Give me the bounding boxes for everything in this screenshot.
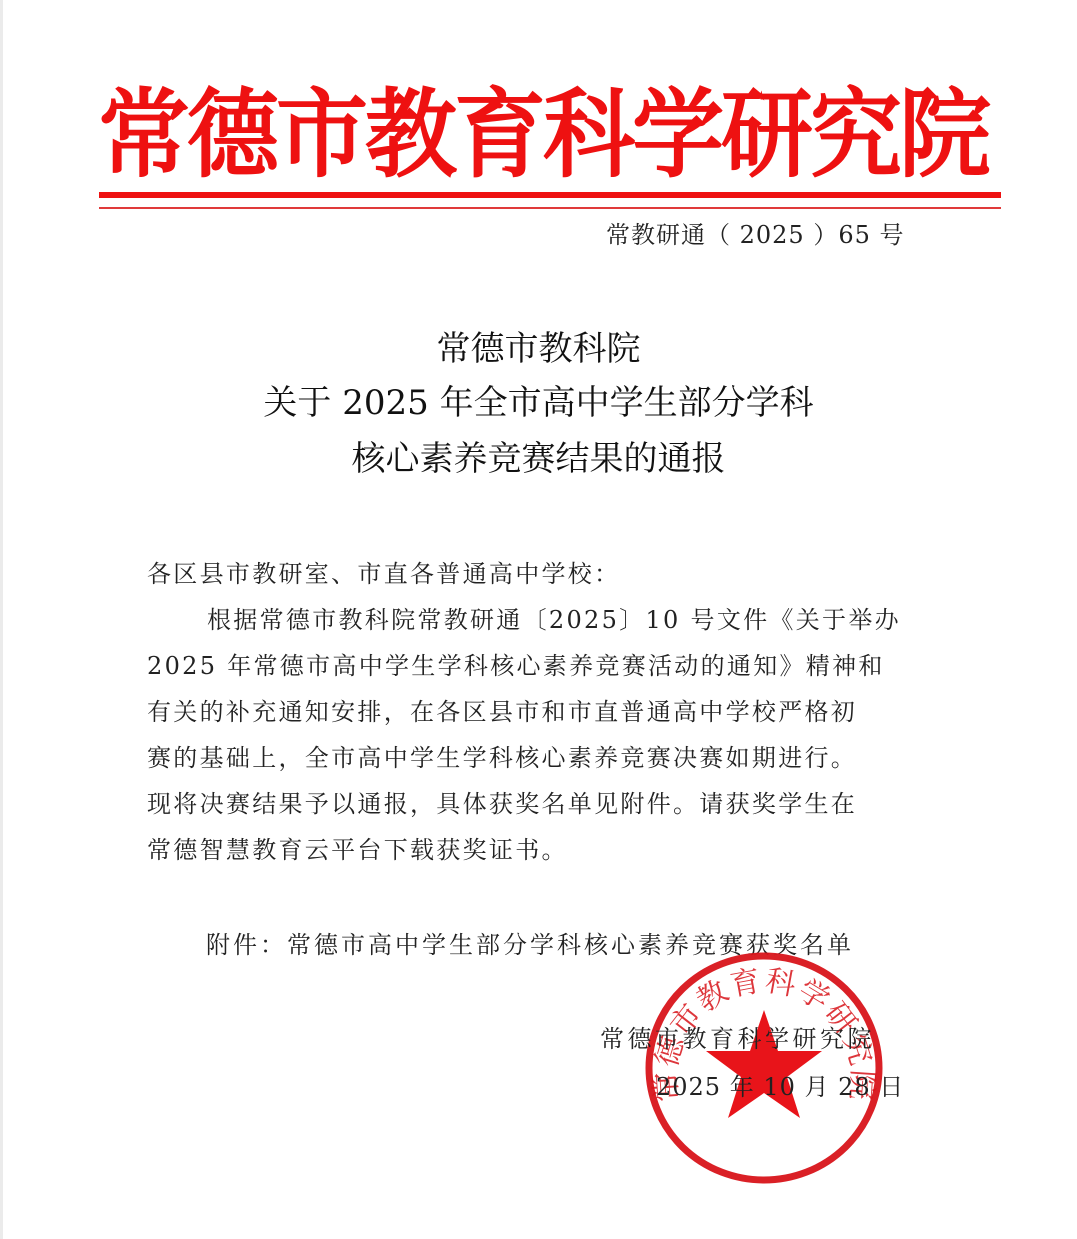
- paragraph-line: 有关的补充通知安排，在各区县市和市直普通高中学校严格初: [147, 689, 937, 735]
- letterhead-rule-thick: [99, 192, 1001, 198]
- doc-title-line-3: 核心素养竞赛结果的通报: [0, 437, 1077, 481]
- issue-date: 2025 年 10 月 28 日: [656, 1067, 904, 1107]
- doc-title-line-2: 关于 2025 年全市高中学生部分学科: [0, 381, 1077, 425]
- paragraph-line: 根据常德市教科院常教研通〔2025〕10 号文件《关于举办: [147, 597, 937, 643]
- letterhead-title: 常德市教育科学研究院: [98, 84, 998, 185]
- paragraph-line: 现将决赛结果予以通报，具体获奖名单见附件。请获奖学生在: [147, 781, 937, 827]
- page-edge: [0, 0, 3, 1239]
- doc-title-line-1: 常德市教科院: [0, 327, 1077, 371]
- document-number: 常教研通（ 2025 ）65 号: [606, 218, 905, 252]
- salutation: 各区县市教研室、市直各普通高中学校：: [147, 551, 937, 597]
- issuer-name: 常德市教育科学研究院: [600, 1019, 875, 1059]
- paragraph-line: 2025 年常德市高中学生学科核心素养竞赛活动的通知》精神和: [147, 643, 937, 689]
- paragraph-line: 赛的基础上，全市高中学生学科核心素养竞赛决赛如期进行。: [147, 735, 937, 781]
- letterhead-rule-thin: [99, 207, 1001, 209]
- paragraph-line: 常德智慧教育云平台下载获奖证书。: [147, 827, 937, 873]
- body-paragraph: 根据常德市教科院常教研通〔2025〕10 号文件《关于举办 2025 年常德市高…: [147, 597, 937, 873]
